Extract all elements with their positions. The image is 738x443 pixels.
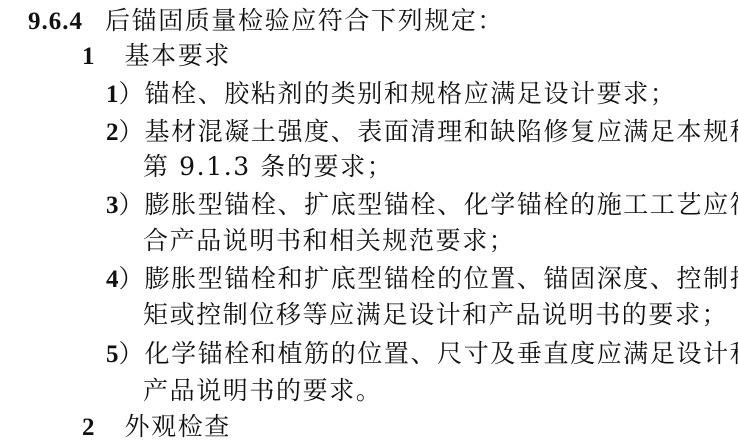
list-item: 1）锚栓、胶粘剂的类别和规格应满足设计要求； — [106, 79, 677, 110]
item-number: 4 — [106, 266, 119, 293]
list-item: 5）化学锚栓和植筋的位置、尺寸及垂直度应满足设计和 — [106, 339, 738, 370]
item-number: 2 — [106, 119, 119, 146]
item-text: 产品说明书的要求。 — [143, 376, 382, 405]
list-item-continuation: 第 9.1.3 条的要求； — [143, 152, 393, 182]
item-text: 膨胀型锚栓和扩底型锚栓的位置、锚固深度、控制扭 — [145, 264, 738, 293]
section-heading: 2外观检查 — [82, 412, 231, 443]
list-item-continuation: 产品说明书的要求。 — [143, 376, 382, 406]
section-number: 1 — [82, 43, 95, 70]
section-title: 外观检查 — [125, 412, 231, 441]
item-number: 1 — [106, 81, 119, 108]
item-text: 基材混凝土强度、表面清理和缺陷修复应满足本规程 — [145, 117, 738, 146]
item-number: 3 — [106, 192, 119, 219]
section-title: 基本要求 — [125, 41, 231, 70]
clause-number: 9.6.4 — [28, 8, 83, 35]
clause-title: 后锚固质量检验应符合下列规定： — [105, 6, 504, 35]
clause-heading: 9.6.4后锚固质量检验应符合下列规定： — [28, 6, 504, 37]
list-item: 3）膨胀型锚栓、扩底型锚栓、化学锚栓的施工工艺应符 — [106, 190, 738, 221]
item-text: 合产品说明书和相关规范要求； — [143, 226, 515, 255]
list-item-continuation: 合产品说明书和相关规范要求； — [143, 226, 515, 256]
list-item: 2）基材混凝土强度、表面清理和缺陷修复应满足本规程 — [106, 117, 738, 148]
item-text: 锚栓、胶粘剂的类别和规格应满足设计要求； — [145, 79, 677, 108]
section-heading: 1基本要求 — [82, 41, 231, 72]
section-number: 2 — [82, 414, 95, 441]
list-item: 4）膨胀型锚栓和扩底型锚栓的位置、锚固深度、控制扭 — [106, 264, 738, 295]
list-item-continuation: 矩或控制位移等应满足设计和产品说明书的要求； — [143, 300, 728, 330]
item-text: 矩或控制位移等应满足设计和产品说明书的要求； — [143, 300, 728, 329]
item-text: 膨胀型锚栓、扩底型锚栓、化学锚栓的施工工艺应符 — [145, 190, 738, 219]
item-text: 化学锚栓和植筋的位置、尺寸及垂直度应满足设计和 — [145, 339, 738, 368]
item-number: 5 — [106, 341, 119, 368]
item-text: 第 9.1.3 条的要求； — [143, 152, 393, 181]
